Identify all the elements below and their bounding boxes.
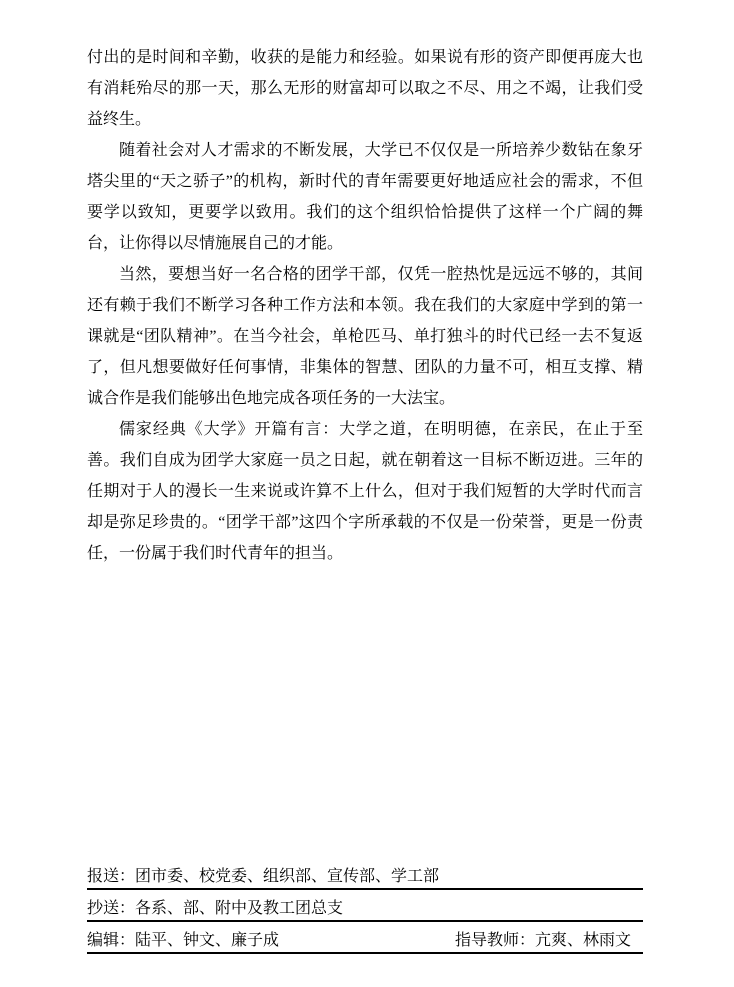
report-to-line: 报送：团市委、校党委、组织部、宣传部、学工部	[87, 860, 643, 890]
copy-to-text: 抄送：各系、部、附中及教工团总支	[87, 900, 343, 917]
distribution-footer: 报送：团市委、校党委、组织部、宣传部、学工部 抄送：各系、部、附中及教工团总支 …	[87, 860, 643, 954]
editor-text: 编辑：陆平、钟文、廉子成	[87, 924, 279, 952]
editor-line: 编辑：陆平、钟文、廉子成 指导教师：亢爽、林雨文	[87, 924, 643, 954]
advisor-text: 指导教师：亢爽、林雨文	[455, 924, 643, 952]
paragraph-1: 付出的是时间和辛勤，收获的是能力和经验。如果说有形的资产即便再庞大也有消耗殆尽的…	[87, 42, 643, 135]
document-body: 付出的是时间和辛勤，收获的是能力和经验。如果说有形的资产即便再庞大也有消耗殆尽的…	[87, 42, 643, 569]
report-to-text: 报送：团市委、校党委、组织部、宣传部、学工部	[87, 868, 439, 885]
paragraph-3: 当然，要想当好一名合格的团学干部，仅凭一腔热忱是远远不够的，其间还有赖于我们不断…	[87, 259, 643, 414]
paragraph-2: 随着社会对人才需求的不断发展，大学已不仅仅是一所培养少数钻在象牙塔尖里的“天之骄…	[87, 135, 643, 259]
paragraph-4: 儒家经典《大学》开篇有言：大学之道，在明明德，在亲民，在止于至善。我们自成为团学…	[87, 414, 643, 569]
copy-to-line: 抄送：各系、部、附中及教工团总支	[87, 892, 643, 922]
document-page: 付出的是时间和辛勤，收获的是能力和经验。如果说有形的资产即便再庞大也有消耗殆尽的…	[0, 0, 734, 987]
